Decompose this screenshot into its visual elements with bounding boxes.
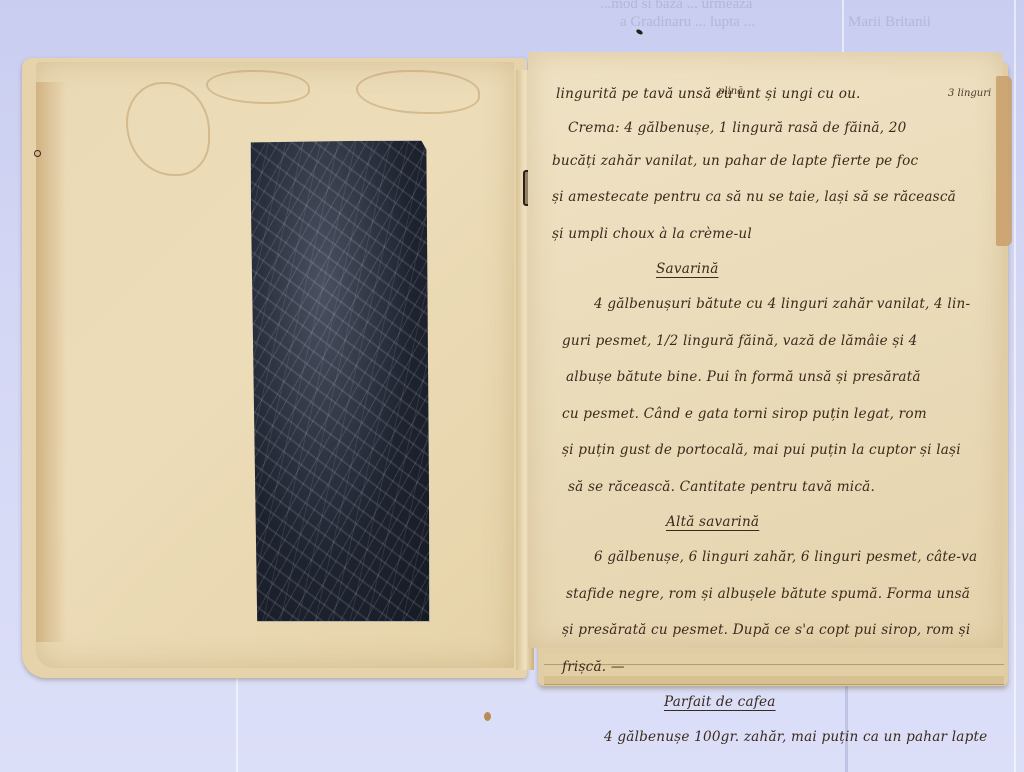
showthrough-text: Marii Britanii [848, 14, 931, 31]
recipe-line: și puțin gust de portocală, mai pui puți… [552, 432, 992, 469]
recipe-line: lingurită pe tavă unsă cu unt și ungi cu… [552, 76, 992, 113]
recipe-line: 4 gălbenușuri bătute cu 4 linguri zahăr … [552, 286, 992, 323]
binding-hole [34, 150, 41, 157]
recipe-line: frișcă. — [552, 649, 992, 686]
recipe-line: stafide negre, rom și albușele bătute sp… [552, 576, 992, 613]
recipe-line: guri pesmet, 1/2 lingură făină, vază de … [552, 323, 992, 360]
paper-seam [1014, 0, 1016, 772]
handwritten-recipes: lingurită pe tavă unsă cu unt și ungi cu… [552, 76, 992, 756]
recipe-line: și amestecate pentru ca să nu se taie, l… [552, 179, 992, 216]
showthrough-text: a Gradinaru ... lupta ... [620, 14, 755, 31]
recipe-line: și umpli choux à la crème-ul [552, 216, 992, 253]
paper-seam [236, 676, 238, 772]
water-stain [206, 70, 310, 104]
recipe-line: cu pesmet. Când e gata torni sirop puțin… [552, 396, 992, 433]
water-stain [126, 82, 210, 176]
torn-page-edge [996, 76, 1012, 246]
recipe-line: 6 gălbenușe, 6 linguri zahăr, 6 linguri … [552, 539, 992, 576]
recipe-heading-alta-savarina: Altă savarină [552, 505, 992, 539]
recipe-line: bucăți zahăr vanilat, un pahar de lapte … [552, 143, 992, 180]
recipe-line: albușe bătute bine. Pui în formă unsă și… [552, 359, 992, 396]
recipe-line: să se răcească. Cantitate pentru tavă mi… [552, 469, 992, 506]
recipe-line: și presărată cu pesmet. După ce s'a copt… [552, 612, 992, 649]
speck [484, 712, 491, 721]
recipe-heading-parfait: Parfait de cafea [552, 685, 992, 719]
showthrough-text: ...mod si baza ... urmeaza [600, 0, 752, 13]
recipe-heading-savarina: Savarină [552, 252, 992, 286]
torn-edge [36, 82, 66, 642]
water-stain [356, 70, 480, 114]
recipe-line: 4 gălbenușe 100gr. zahăr, mai puțin ca u… [552, 719, 992, 756]
paper-seam [842, 0, 844, 60]
recipe-line: Crema: 4 gălbenușe, 1 lingură rasă de fă… [552, 113, 992, 143]
silver-foil-sheet [250, 140, 430, 622]
